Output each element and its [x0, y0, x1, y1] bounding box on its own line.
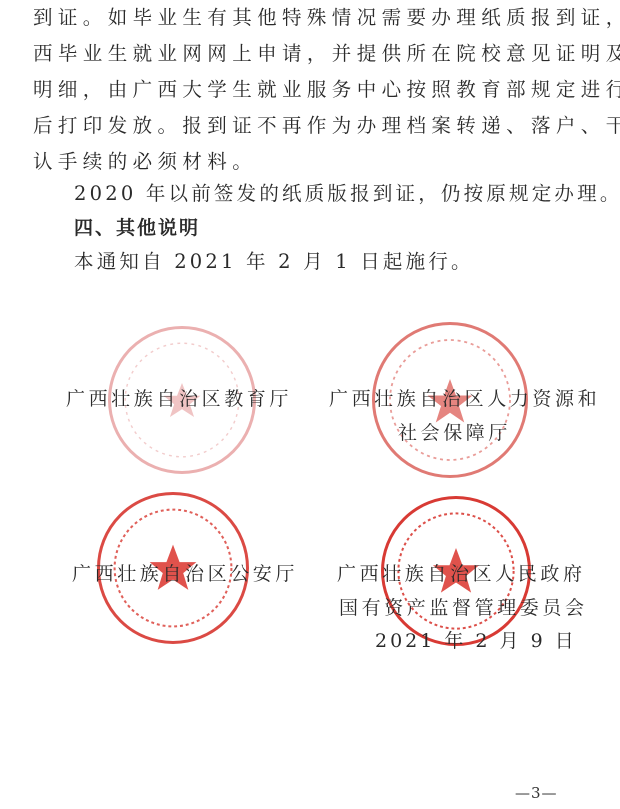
section-heading: 四、其他说明 — [74, 216, 200, 240]
effective-date-notice: 本通知自 2021 年 2 月 1 日起施行。 — [74, 250, 474, 274]
paragraph-line: 到证。如毕业生有其他特殊情况需要办理纸质报到证，可通过广 — [33, 6, 620, 30]
signatory-sasac-line1: 广西壮族自治区人民政府 — [337, 559, 586, 586]
page-number: —3— — [515, 784, 558, 802]
signatory-sasac-line2: 国有资产监督管理委员会 — [339, 593, 588, 620]
paragraph-line: 认手续的必须材料。 — [33, 150, 257, 174]
signatory-hr-line2: 社会保障厅 — [398, 418, 511, 445]
issue-date: 2021 年 2 月 9 日 — [375, 626, 577, 653]
signatory-education-department: 广西壮族自治区教育厅 — [66, 384, 292, 411]
paragraph-line: 西毕业生就业网网上申请，并提供所在院校意见证明及相应材料 — [33, 42, 620, 66]
paragraph-old-certificates: 2020 年以前签发的纸质版报到证，仍按原规定办理。 — [74, 182, 620, 206]
paragraph-line: 明细，由广西大学生就业服务中心按照教育部规定进行审核确认 — [33, 78, 620, 102]
signatory-public-security: 广西壮族自治区公安厅 — [72, 559, 298, 586]
paragraph-line: 后打印发放。报到证不再作为办理档案转递、落户、干部身份确 — [33, 114, 620, 138]
signatory-hr-line1: 广西壮族自治区人力资源和 — [329, 384, 600, 411]
